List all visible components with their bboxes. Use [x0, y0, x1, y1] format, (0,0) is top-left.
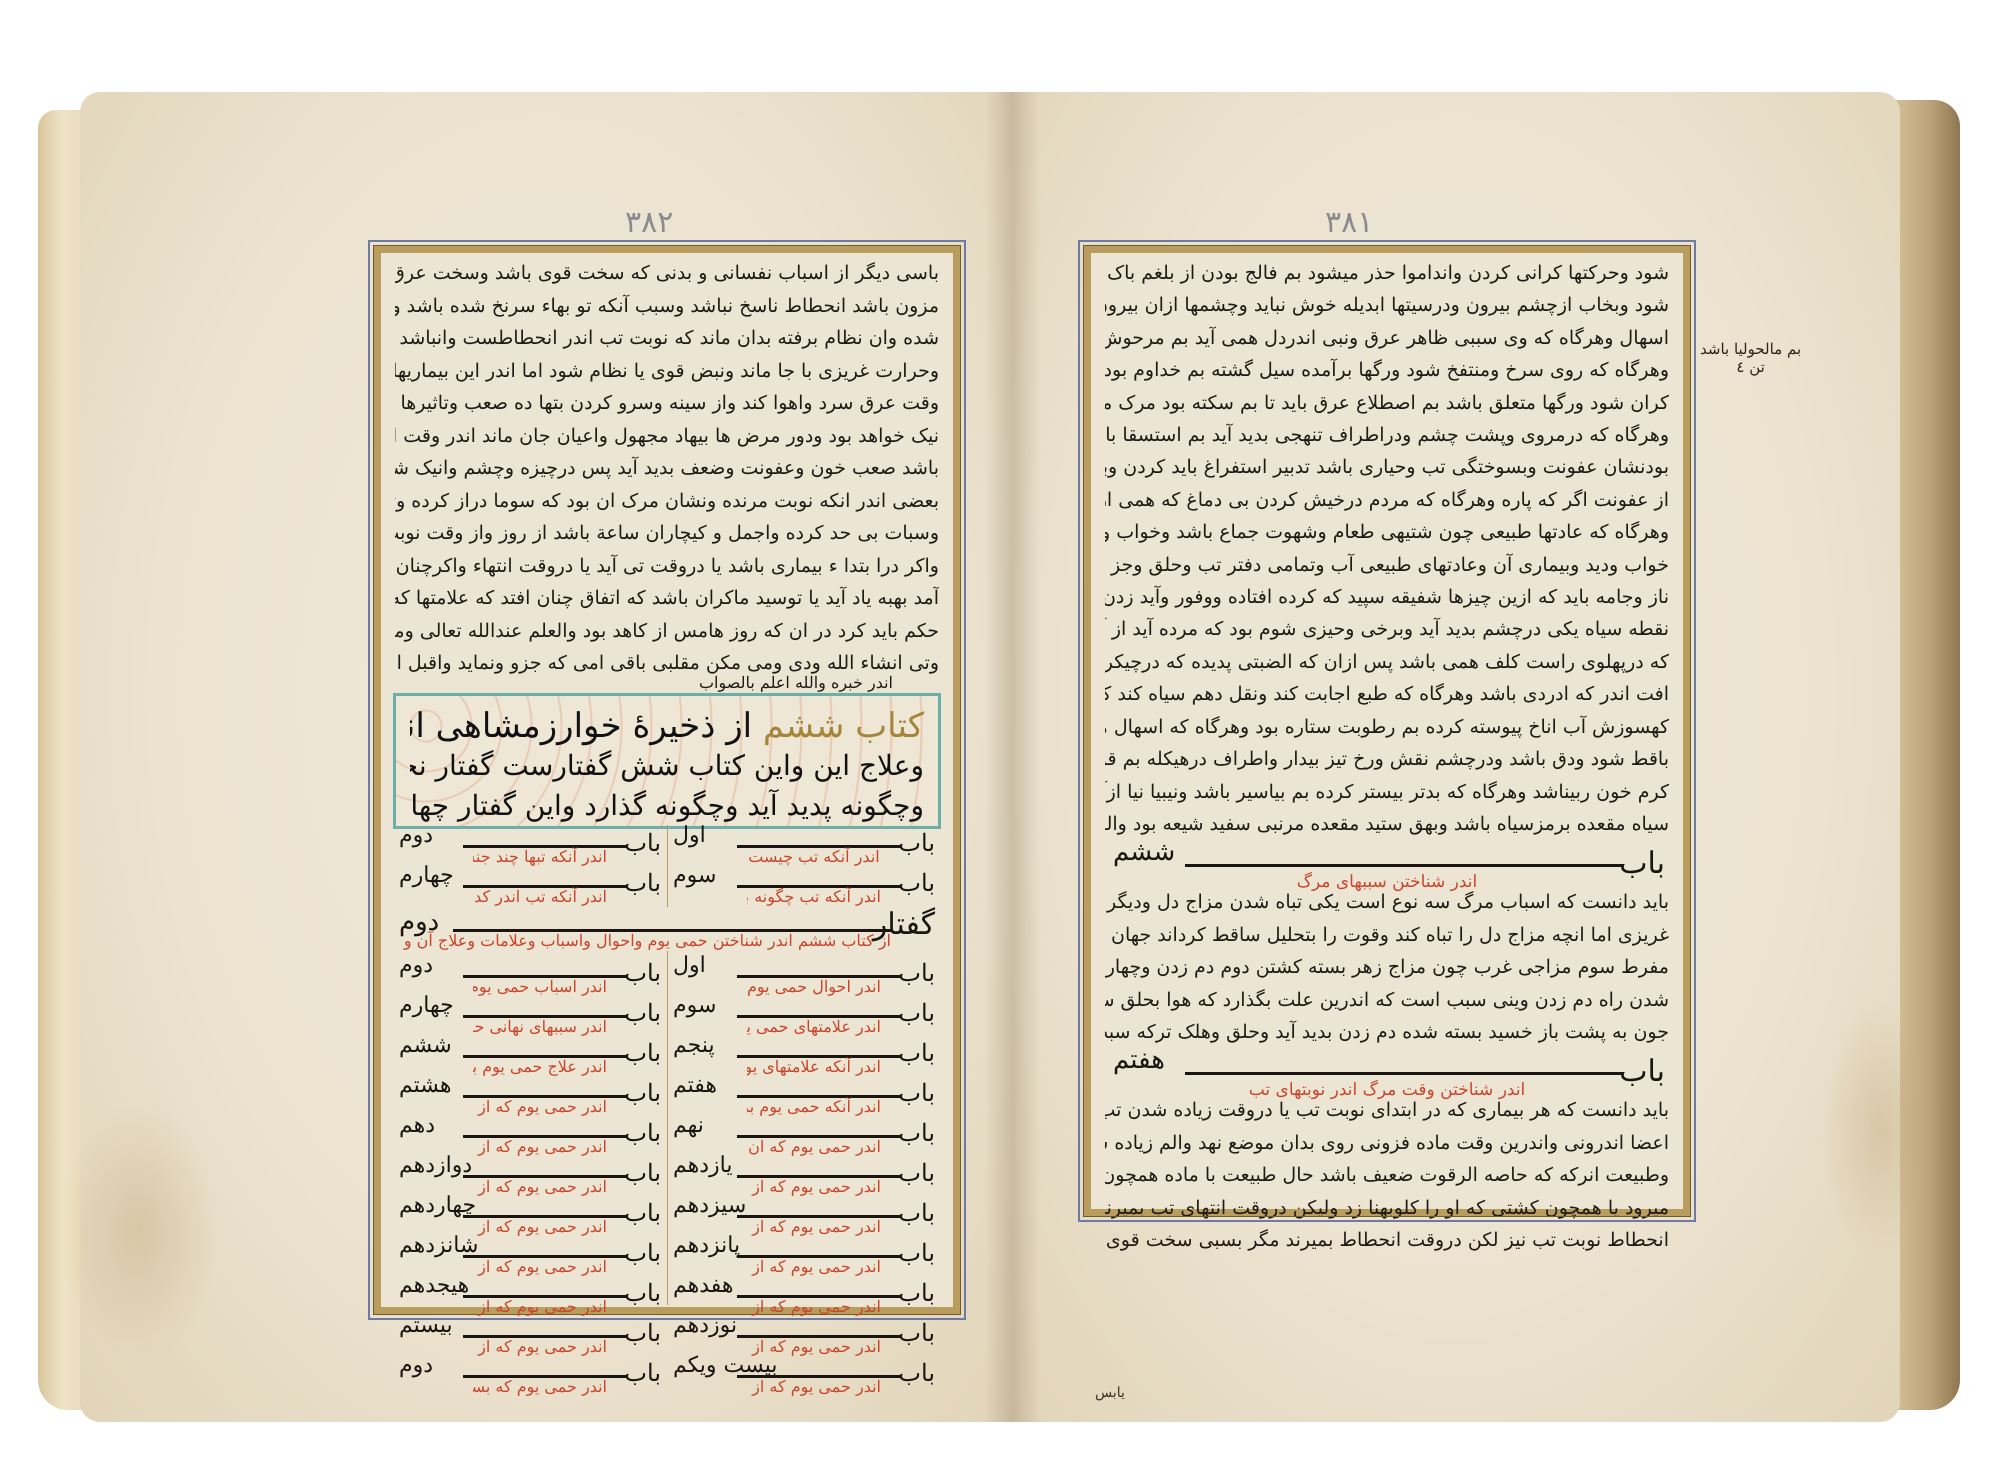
chapter-row: بابهفدهماندر حمی یوم که از اماس تولد کند [667, 1275, 941, 1315]
text-line: انحطاط نوبت تب نیز لکن دروقت انحطاط بمیر… [1105, 1224, 1669, 1256]
chapter-row: بابچهارماندر سببهای نهانی حمی یوم که ازد… [393, 995, 667, 1035]
closing-text: سیاه مقعده برمزسیاه باشد وبهق ستید مقعده… [1105, 813, 1669, 835]
text-line: وسبات بی حد کرده واجمل و کیچاران ساعة با… [395, 517, 939, 550]
chapter-title-red: اندر آنکه تب چگونه بگرم وچگونه گشاید [747, 887, 881, 906]
chapter-ordinal: چهارم [399, 993, 454, 1018]
chapter-title-red: اندر آنکه علامتهای یوم آن سوزانید است دگ… [747, 1057, 881, 1076]
chapter-title-red: اندر حمی یوم که از بی خوابی تولد کند [473, 1137, 607, 1156]
chapter-row: بابدوماندر حمی یوم که بسبب سدها ودرشت شد… [393, 1355, 667, 1395]
right-body-text: شود وحرکتها کرانی کردن وانداموا حذر میشو… [1091, 253, 1683, 1260]
text-line: آمد بهبه یاد آید یا توسید ماکران باشد که… [395, 582, 939, 615]
bab-label: باب [898, 1039, 935, 1067]
chapter-title-red: اندر حمی یوم که ان خشم تولد کند [747, 1137, 881, 1156]
text-line: اعضا اندرونی واندرین وقت ماده فزونی روی … [1105, 1127, 1669, 1159]
text-line: وحرارت غریزی با جا ماند ونبض قوی یا نظام… [395, 355, 939, 388]
text-line: واکر درا بتدا ء بیماری باشد یا دروقت تی … [395, 550, 939, 583]
heading-line: کتاب ششم از ذخیرهٔ خوارزمشاهی اندر شناخت… [410, 706, 924, 746]
text-line: سیاه مقعده برمزسیاه باشد وبهق ستید مقعده… [1105, 808, 1669, 840]
chapter-ordinal: دوم [399, 1353, 433, 1378]
chapter-title-red: اندر احوال حمی یوم [747, 977, 881, 996]
text-line: نیک خواهد بود ودور مرض ها بیهاد مجهول وا… [395, 420, 939, 453]
text-line: وهرگاه که درمروی وپشت چشم ودراطراف تنهجی… [1105, 419, 1669, 451]
chapter-ordinal: نهم [673, 1113, 704, 1138]
bab-label: باب [898, 999, 935, 1027]
water-stain [1820, 1000, 1940, 1260]
closing-formula: اندر خبره والله اعلم بالصواب [699, 673, 893, 692]
text-line: شدن راه دم زدن وینی سبب است که اندرین عل… [1105, 984, 1669, 1016]
chapter-row: بابپانزدهماندر حمی یوم که از استفراغ تول… [667, 1235, 941, 1275]
chapter-row: بابپنجماندر آنکه علامتهای یوم آن سوزانید… [667, 1035, 941, 1075]
text-line: که درپهلوی راست کلف همی باشد پس ازان که … [1105, 646, 1669, 678]
heading-gold-word: کتاب ششم [763, 706, 924, 746]
book-gutter [985, 92, 1040, 1422]
folio-number-left: ٣٨٢ [625, 205, 673, 240]
chapter-ordinal: هفتم [673, 1073, 717, 1098]
chapter-ordinal: شانزدهم [399, 1233, 478, 1258]
chapter-ordinal: سوم [673, 993, 716, 1018]
bottom-catchword: یابس [1095, 1385, 1125, 1401]
chapter-ordinal: بیست ویکم [673, 1353, 778, 1378]
bab-label: باب [898, 829, 935, 857]
bab-label: باب [624, 1279, 661, 1307]
text-line: میرود یا همچون کشتی که او را کلوبهنا زد … [1105, 1192, 1669, 1224]
text-line: ناز وجامه باید که ازین چیزها شفیقه سپید … [1105, 581, 1669, 613]
right-text-panel: شود وحرکتها کرانی کردن وانداموا حذر میشو… [1084, 246, 1690, 1216]
margin-annotation-line: بم مالحولیا باشد [1700, 340, 1801, 358]
text-line: باسی دیگر از اسباب نفسانی و بدنی که سخت … [395, 257, 939, 290]
text-line: بعضی اندر انکه نوبت مرنده ونشان مرک ان ب… [395, 485, 939, 518]
chapter-row: بابسوماندر علامتهای حمی یوم [667, 995, 941, 1035]
chapter-row: باببیست ویکماندر حمی یوم که از کسته سدیه… [667, 1355, 941, 1395]
chapter-title-red: اندر شناختن سببهای مرگ [1105, 866, 1669, 898]
bab-label: باب [898, 1079, 935, 1107]
book-heading-cartouche: کتاب ششم از ذخیرهٔ خوارزمشاهی اندر شناخت… [393, 693, 941, 829]
chapter-row: بابنوزدهماندر حمی یوم که از گرسنگی تولد … [667, 1315, 941, 1355]
chapter-row: بابسیزدهماندر حمی یوم که از تعب تولد کند [667, 1195, 941, 1235]
bab-label: باب [624, 959, 661, 987]
text-line: شود وبخاب ازچشم بیرون ودرسیتها ابدیله خو… [1105, 289, 1669, 321]
chapter-ordinal: اول [673, 953, 706, 978]
chapter-row: بابهیجدهماندر حمی یوم که از تشنگی تولد ک… [393, 1275, 667, 1315]
chapter-row: بابششماندر علاج حمی یوم برطریق کلی [393, 1035, 667, 1075]
folio-number-right: ٣٨١ [1325, 205, 1373, 240]
bab-label: باب [624, 999, 661, 1027]
left-text-panel: باسی دیگر از اسباب نفسانی و بدنی که سخت … [374, 246, 960, 1314]
section-heading-row: گفتار دوم از کتاب ششم اندر شناختن حمی یو… [393, 907, 941, 951]
chapter-row: بابشانزدهماندر حمی یوم که از دردی تولد ک… [393, 1235, 667, 1275]
bab-label: باب [624, 1239, 661, 1267]
bab-label: باب [624, 829, 661, 857]
bab-label: باب [624, 1079, 661, 1107]
margin-annotation-line: تن ٤ [1700, 358, 1801, 376]
chapter-ordinal: هیجدهم [399, 1273, 469, 1298]
chapter-ordinal: نوزدهم [673, 1313, 737, 1338]
chapter-title-red: اندر حمی یوم که از تعب تولد کند [747, 1217, 881, 1236]
text-line: خواب ودید وبیماری آن وعادتهای طبیعی آب و… [1105, 549, 1669, 581]
chapter-ordinal: دوم [399, 823, 433, 848]
text-line: حکم باید کرد در ان که روز هامس از کاهد ب… [395, 615, 939, 648]
chapter-ordinal: بیستم [399, 1313, 453, 1338]
chapter-row: باباولاندر آنکه تب چیست [667, 825, 941, 865]
chapter-column-right: باباولاندر آنکه تب چیست بابسوماندر آنکه … [667, 825, 941, 905]
text-line: از عفونت اگر که پاره وهرگاه که مردم درخی… [1105, 484, 1669, 516]
chapter-title-red: اندر آنکه حمی یوم برچند نوعست [747, 1097, 881, 1116]
chapter-title-red: اندر حمی یوم که بسبب سدها ودرشت شدن پوست… [473, 1377, 607, 1396]
chapter-title-red: اندر شناختن وقت مرگ اندر نوبتهای تب [1105, 1074, 1669, 1106]
bab-label: باب [898, 869, 935, 897]
chapter-row: بابنهماندر حمی یوم که ان خشم تولد کند [667, 1115, 941, 1155]
chapter-title-red: اندر حمی یوم که از کسته سدیها بدید آید [747, 1377, 881, 1396]
chapter-row: بابیازدهماندر حمی یوم که از بسیار خوابی … [667, 1155, 941, 1195]
text-line: شده وان نظام برفته بدان ماند که نوبت تب … [395, 322, 939, 355]
section-title-red: از کتاب ششم اندر شناختن حمی یوم واحوال و… [403, 931, 891, 950]
chapter-title-red: اندر حمی یوم که از تشنگی تولد کند [473, 1337, 607, 1356]
chapter-ordinal: سیزدهم [673, 1193, 746, 1218]
chapter-ordinal: دهم [399, 1113, 435, 1138]
chapter-ordinal: سوم [673, 863, 716, 888]
chapter-column-left-2: بابدوماندر اسباب حمی یوم بابچهارماندر سب… [393, 955, 667, 1395]
text-line: بودنشان عفونت وبسوختگی تب وحیاری باشد تد… [1105, 451, 1669, 483]
chapter-title-red: اندر حمی یوم که از استفراغ تولد کند [747, 1257, 881, 1276]
chapter-row: بابدوماندر آنکه تبها چند جنس است [393, 825, 667, 865]
bab-label: باب [624, 1319, 661, 1347]
chapter-ordinal: هشتم [399, 1073, 452, 1098]
left-text-frame: باسی دیگر از اسباب نفسانی و بدنی که سخت … [368, 240, 966, 1320]
bab-label: باب [624, 1119, 661, 1147]
bab-label: باب [898, 1279, 935, 1307]
text-line: مفرط سوم مزاجی غرب چون مزاج زهر بسته کشت… [1105, 951, 1669, 983]
chapter-ordinal: هفدهم [673, 1273, 734, 1298]
chapter-column-left: بابدوماندر آنکه تبها چند جنس است بابچهار… [393, 825, 667, 905]
text-line: غریزی اما انچه مزاج دل را تباه کند وقوت … [1105, 919, 1669, 951]
bab-label: باب [624, 1159, 661, 1187]
chapter-title-red: اندر آنکه تب اندر کدام مزاج زودتر وبیشتر… [473, 887, 607, 906]
chapter-ordinal: ششم [399, 1033, 452, 1058]
chapter-ordinal: اول [673, 823, 706, 848]
text-line: اسهال وهرگاه که وی سببی ظاهر عرق ونبی ان… [1105, 322, 1669, 354]
chapter-row: بابدهماندر حمی یوم که از بی خوابی تولد ک… [393, 1115, 667, 1155]
chapter-title-red: اندر علامتهای حمی یوم [747, 1017, 881, 1036]
bab-label: باب [898, 1319, 935, 1347]
chapter-row: بابچهارماندر آنکه تب اندر کدام مزاج زودت… [393, 865, 667, 905]
text-line: افت اندر که ادردی باشد وهرگاه که طبع اجا… [1105, 678, 1669, 710]
bab-label: باب [624, 1359, 661, 1387]
margin-annotation: بم مالحولیا باشد تن ٤ [1700, 340, 1801, 376]
chapter-title-red: اندر علاج حمی یوم برطریق کلی [473, 1057, 607, 1076]
chapter-row: بابهفتماندر آنکه حمی یوم برچند نوعست [667, 1075, 941, 1115]
water-stain [60, 1100, 220, 1360]
chapter-row: بابسوماندر آنکه تب چگونه بگرم وچگونه گشا… [667, 865, 941, 905]
chapter-7-heading: باب هفتم اندر شناختن وقت مرگ اندر نوبتها… [1105, 1048, 1669, 1094]
heading-line: وعلاج این واین کتاب شش گفتارست گفتار نخس… [410, 746, 924, 786]
left-body-text: باسی دیگر از اسباب نفسانی و بدنی که سخت … [381, 253, 953, 691]
bab-label: باب [898, 959, 935, 987]
chapter-title-red: اندر اسباب حمی یوم [473, 977, 607, 996]
bab-label: باب [898, 1159, 935, 1187]
chapter-row: باباولاندر احوال حمی یوم [667, 955, 941, 995]
text-line: جون به پشت باز خسید بسته شده دم زدن بدید… [1105, 1016, 1669, 1048]
chapter-ordinal: هفتم [1113, 1044, 1165, 1076]
chapter-ordinal: یازدهم [673, 1153, 733, 1178]
chapter-column-right-2: باباولاندر احوال حمی یوم بابسوماندر علام… [667, 955, 941, 1395]
text-line: کرم خون ربیناشد وهرگاه که بدتر بیستر کرد… [1105, 776, 1669, 808]
chapter-ordinal: دوازدهم [399, 1153, 472, 1178]
bab-label: باب [624, 869, 661, 897]
chapter-title-red: اندر سببهای نهانی حمی یوم که ازدردی وجز … [473, 1017, 607, 1036]
bab-label: باب [624, 1199, 661, 1227]
chapter-row: بابدوماندر اسباب حمی یوم [393, 955, 667, 995]
text-line: نقطه سیاه یکی درچشم بدید آید وبرخی وحیزی… [1105, 613, 1669, 645]
chapter-title-red: اندر حمی یوم که از شادی تولد کند [473, 1177, 607, 1196]
bab-label: باب [898, 1119, 935, 1147]
chapter-title-red: اندر حمی یوم که از رنج تولد کند [473, 1217, 607, 1236]
chapter-title-red: اندر حمی یوم که از بسیار خوابی واسایش تو… [747, 1177, 881, 1196]
chapter-title-red: اندر حمی یوم که از غم وهم واندیشه تولد ک… [473, 1097, 607, 1116]
text-line: وطبیعت انرکه که حاصه الرقوت ضعیف باشد حا… [1105, 1159, 1669, 1191]
chapter-title-red: اندر حمی یوم که از تشنگی تولد کند [473, 1297, 607, 1316]
bab-label: باب [898, 1199, 935, 1227]
text-line: کران شود ورگها متعلق باشد بم اصطلاع عرق … [1105, 387, 1669, 419]
bab-label: باب [624, 1039, 661, 1067]
chapter-ordinal: پانزدهم [673, 1233, 740, 1258]
chapter-ordinal: چهاردهم [399, 1193, 476, 1218]
text-line: وهرگاه که عادتها طبیعی چون شتیهی طعام وش… [1105, 516, 1669, 548]
chapter-ordinal: دوم [399, 953, 433, 978]
bab-label: باب [898, 1359, 935, 1387]
chapter-row: بابهشتماندر حمی یوم که از غم وهم واندیشه… [393, 1075, 667, 1115]
chapter-row: بابچهاردهماندر حمی یوم که از رنج تولد کن… [393, 1195, 667, 1235]
chapter-ordinal: چهارم [399, 863, 454, 888]
chapter-ordinal: ششم [1113, 836, 1175, 868]
text-line: کهسوزش آب اناخ پیوسته کرده بم رطوبت ستار… [1105, 711, 1669, 743]
bab-label: باب [898, 1239, 935, 1267]
text-line: مزون باشد انحطاط ناسخ نباشد وسبب آنکه تو… [395, 290, 939, 323]
right-text-frame: شود وحرکتها کرانی کردن وانداموا حذر میشو… [1078, 240, 1696, 1222]
chapter-ordinal: پنجم [673, 1033, 715, 1058]
chapter-title-red: اندر حمی یوم که از دردی تولد کند [473, 1257, 607, 1276]
heading-line: وچگونه پدید آید وچگونه گذارد واین گفتار … [410, 786, 924, 826]
chapter-title-red: اندر حمی یوم که از اماس تولد کند [747, 1297, 881, 1316]
text-line: شود وحرکتها کرانی کردن وانداموا حذر میشو… [1105, 257, 1669, 289]
text-line: باشد صعب خون وعفونت وضعف بدید آید پس درچ… [395, 452, 939, 485]
chapter-row: بابدوازدهماندر حمی یوم که از شادی تولد ک… [393, 1155, 667, 1195]
chapter-6-heading: باب ششم اندر شناختن سببهای مرگ [1105, 840, 1669, 886]
chapter-title-red: اندر آنکه تبها چند جنس است [473, 847, 607, 866]
chapter-row: باببیستماندر حمی یوم که از تشنگی تولد کن… [393, 1315, 667, 1355]
text-line: وقت عرق سرد واهوا کند واز سینه وسرو کردن… [395, 387, 939, 420]
chapter-table: باباولاندر آنکه تب چیست بابسوماندر آنکه … [393, 825, 941, 1305]
text-line: وهرگاه که روی سرخ ومنتفخ شود ورگها برآمد… [1105, 354, 1669, 386]
text-line: باقط شود ودق باشد ودرچشم نقش ورخ تیز بید… [1105, 743, 1669, 775]
chapter-title-red: اندر آنکه تب چیست [747, 847, 881, 866]
